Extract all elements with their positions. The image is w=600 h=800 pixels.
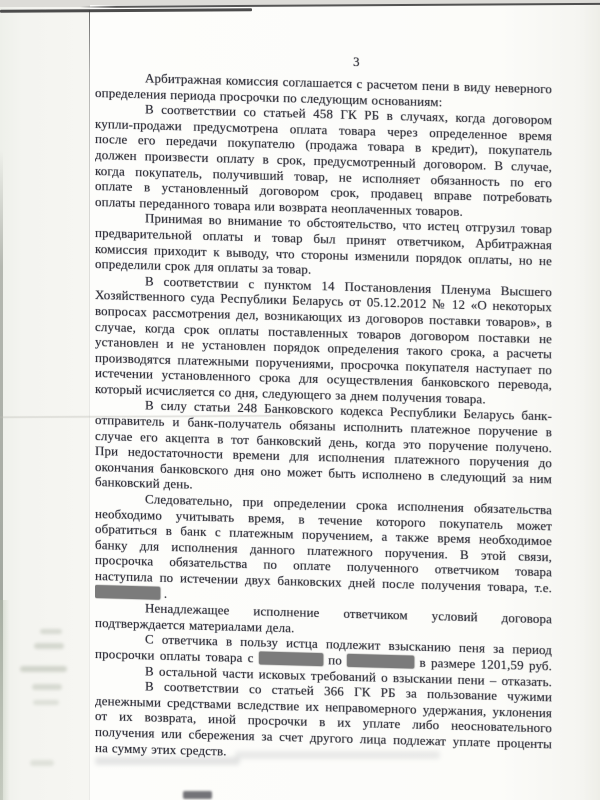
page-fold-line [89, 10, 91, 800]
redaction-box [347, 654, 414, 668]
scanned-document-page: 3 Арбитражная комиссия соглашается с рас… [0, 0, 600, 800]
bleed-through-smudge [30, 760, 54, 766]
bottom-edge-smudge [183, 791, 212, 799]
redaction-box [259, 652, 323, 666]
paper-left-margin [0, 7, 90, 800]
text-block: 3 Арбитражная комиссия соглашается с рас… [95, 47, 552, 767]
bleed-through-smudge [33, 700, 59, 705]
redaction-box [95, 585, 160, 599]
bleed-through-smudge [34, 643, 64, 649]
bleed-through-smudge [40, 629, 62, 634]
bleed-through-smudge [32, 684, 62, 690]
left-edge-tint-band [0, 600, 10, 800]
bleed-through-smudge [20, 666, 67, 672]
